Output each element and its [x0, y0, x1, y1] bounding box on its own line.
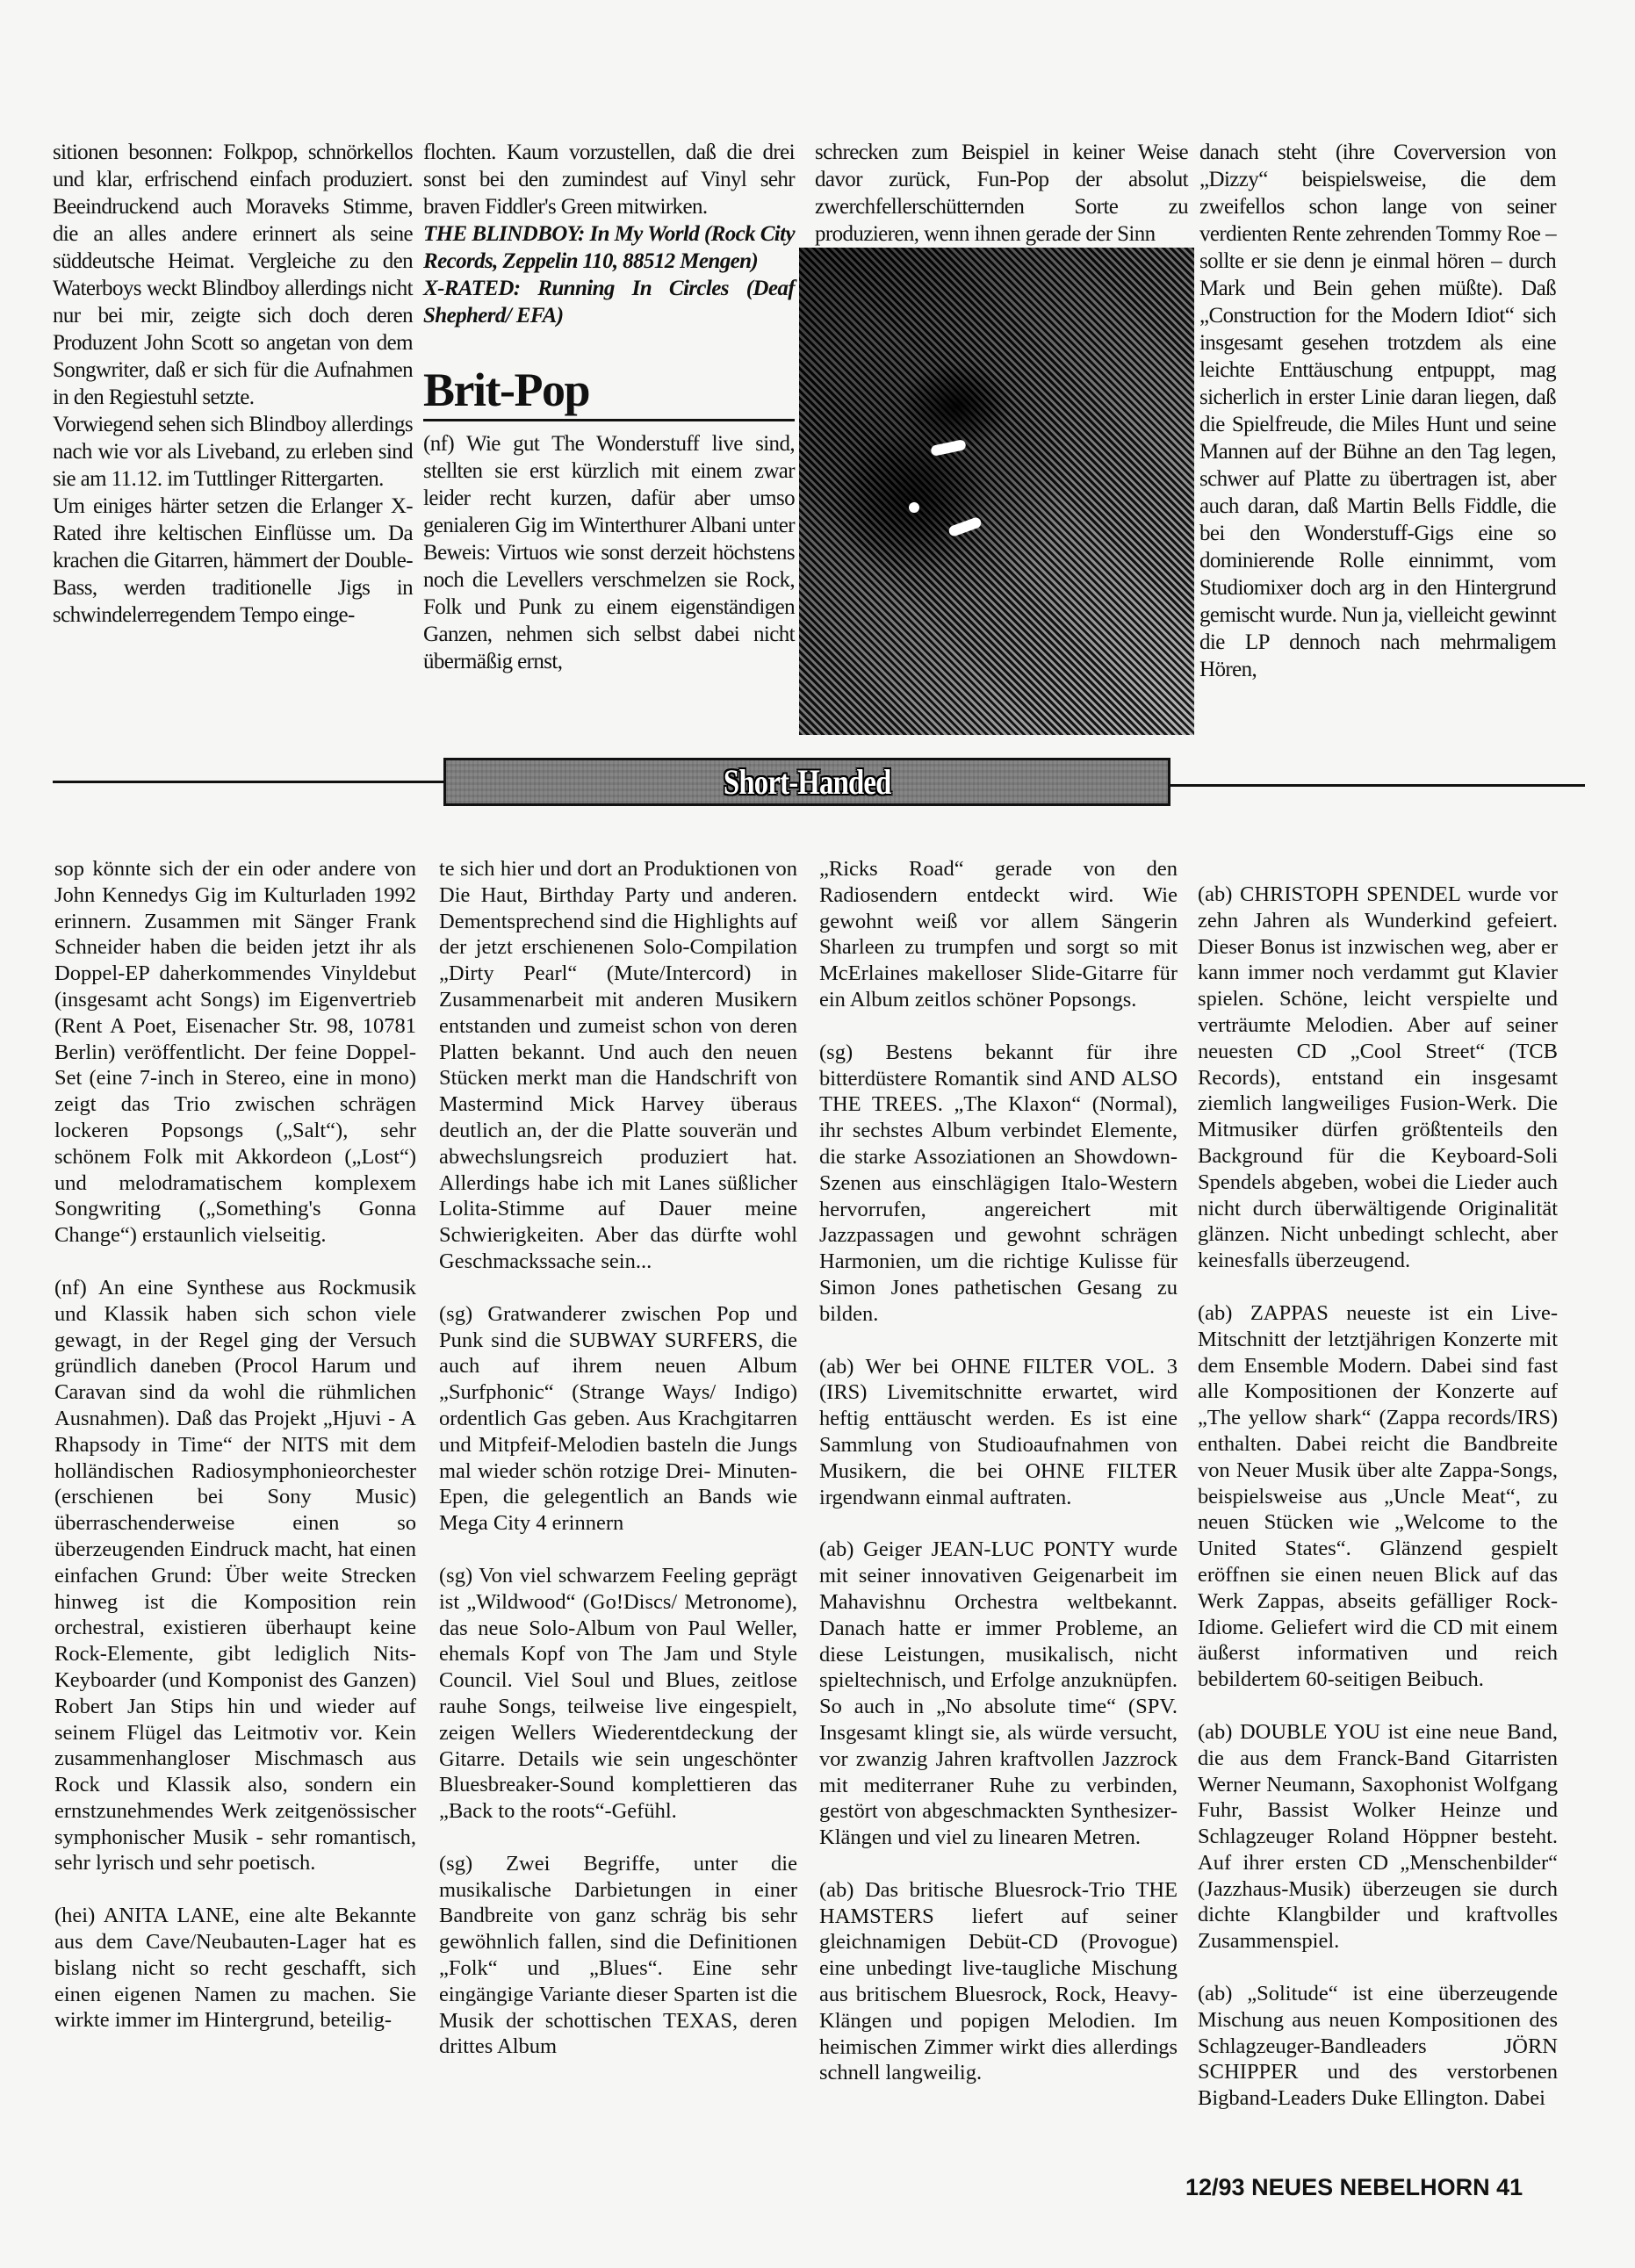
release-info-x-rated: X-RATED: Running In Circles (Deaf Shephe… [423, 275, 795, 329]
paragraph: schrecken zum Beispiel in keiner Weise d… [815, 139, 1188, 248]
photo-highlight [947, 516, 983, 537]
page-footer: 12/93 NEUES NEBELHORN 41 [1185, 2174, 1523, 2201]
review-paragraph: (sg) Zwei Begriffe, unter die musikalisc… [439, 1851, 797, 2060]
review-paragraph: (ab) Wer bei OHNE FILTER VOL. 3 (IRS) Li… [819, 1354, 1178, 1511]
section-header-band: Short-Handed [0, 755, 1635, 808]
review-paragraph: (sg) Von viel schwarzem Feeling geprägt … [439, 1563, 797, 1825]
section-title-box: Short-Handed [443, 758, 1170, 806]
photo-highlight [930, 439, 967, 457]
section-headline: Brit-Pop [423, 364, 795, 415]
paragraph: Vorwiegend sehen sich Blindboy allerding… [53, 411, 413, 493]
section-title: Short-Handed [724, 761, 891, 803]
paragraph: (nf) Wie gut The Wonderstuff live sind, … [423, 430, 795, 675]
top-column-1: sitionen besonnen: Folkpop, schnörkellos… [53, 139, 413, 629]
bottom-column-1: sop könnte sich der ein oder andere von … [54, 856, 416, 2034]
review-paragraph: (sg) Gratwanderer zwischen Pop und Punk … [439, 1301, 797, 1537]
top-column-2: flochten. Kaum vorzustellen, daß die dre… [423, 139, 795, 675]
review-paragraph: (sg) Bestens bekannt für ihre bitterdüst… [819, 1040, 1178, 1328]
release-info-blindboy: THE BLINDBOY: In My World (Rock City Rec… [423, 220, 795, 275]
bottom-column-2: te sich hier und dort an Produktionen vo… [439, 856, 797, 2060]
review-paragraph: (hei) ANITA LANE, eine alte Bekannte aus… [54, 1903, 416, 2034]
review-paragraph: (ab) Geiger JEAN-LUC PONTY wurde mit sei… [819, 1537, 1178, 1851]
top-column-3: schrecken zum Beispiel in keiner Weise d… [815, 139, 1188, 248]
paragraph: flochten. Kaum vorzustellen, daß die dre… [423, 139, 795, 220]
paragraph: sitionen besonnen: Folkpop, schnörkellos… [53, 139, 413, 411]
bottom-column-3: „Ricks Road“ gerade von den Radiosendern… [819, 856, 1178, 2086]
review-paragraph: (nf) An eine Synthese aus Rockmusik und … [54, 1275, 416, 1876]
divider-line [53, 781, 443, 783]
review-paragraph: (ab) Das britische Bluesrock-Trio THE HA… [819, 1877, 1178, 2086]
review-paragraph: (ab) CHRISTOPH SPENDEL wurde vor zehn Ja… [1198, 882, 1558, 1274]
divider-line [1170, 784, 1585, 787]
halftone-photo [799, 248, 1194, 735]
review-paragraph: sop könnte sich der ein oder andere von … [54, 856, 416, 1249]
bottom-column-4: (ab) CHRISTOPH SPENDEL wurde vor zehn Ja… [1198, 882, 1558, 2112]
review-paragraph: „Ricks Road“ gerade von den Radiosendern… [819, 856, 1178, 1013]
review-paragraph: (ab) DOUBLE YOU ist eine neue Band, die … [1198, 1719, 1558, 1955]
headline-divider [423, 419, 795, 421]
review-paragraph: (ab) ZAPPAS neueste ist ein Live-Mitschn… [1198, 1300, 1558, 1693]
review-paragraph: (ab) „Solitude“ ist eine überzeugende Mi… [1198, 1981, 1558, 2112]
paragraph: Um einiges härter setzen die Erlanger X-… [53, 493, 413, 629]
paragraph: danach steht (ihre Coverversion von „Diz… [1199, 139, 1556, 683]
photo-highlight [909, 502, 919, 513]
review-paragraph: te sich hier und dort an Produktionen vo… [439, 856, 797, 1275]
top-column-4: danach steht (ihre Coverversion von „Diz… [1199, 139, 1556, 683]
